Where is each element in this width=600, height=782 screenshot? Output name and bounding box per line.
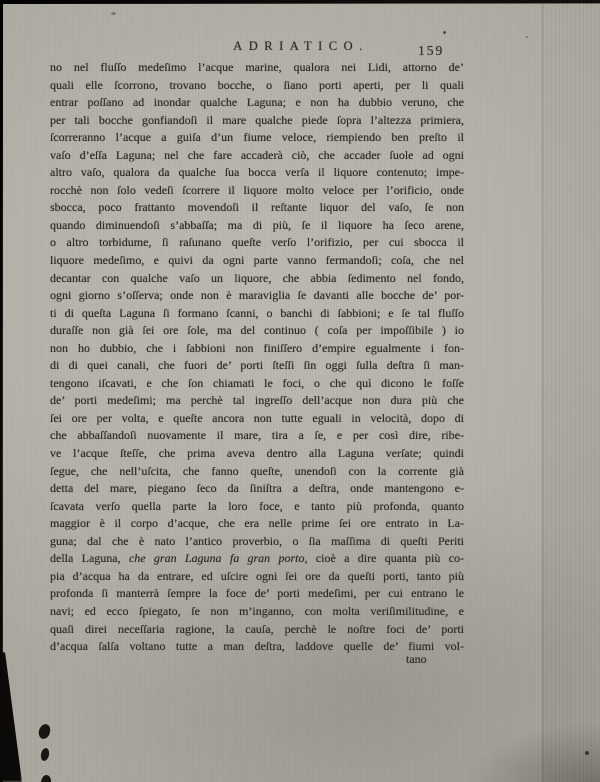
running-head: ADRIATICO. 159	[2, 39, 600, 59]
text-line: detta del mare, piegano ſeco da ſiniſtra…	[50, 480, 464, 498]
text-line: ve l’acque ſteſſe, che prima aveva dentr…	[50, 445, 464, 463]
scan-shadow-bottom-right	[460, 722, 600, 782]
text-line: profonda ſi manterrà ſempre la foce de’ …	[50, 585, 464, 603]
text-line: guna; dal che è nato l’antico proverbio,…	[50, 533, 464, 551]
text-line: altro vaſo, qualora da qualche ſua bocca…	[50, 164, 464, 182]
text-line: ſei ore per volta, e queſte ancora non t…	[50, 410, 464, 428]
text-line: di di quei canali, che fuori de’ porti ſ…	[50, 357, 464, 375]
italic-proverb: che gran Laguna fa gran porto	[129, 551, 305, 565]
text-line: maggior è il corpo d’acque, che era nell…	[50, 515, 464, 533]
text-line: ſcorreranno l’acque a guiſa d’un fiume v…	[50, 129, 464, 147]
page-number: 159	[418, 43, 444, 59]
text-line: sbocca, poco frattanto movendoſi il reſt…	[50, 199, 464, 217]
ink-blot	[37, 723, 52, 741]
text-line: d’acqua ſalſa voltano tutte a man deſtra…	[50, 638, 464, 656]
page-fore-edge	[542, 3, 600, 782]
paper-speck	[526, 36, 528, 38]
text-line: ogni giorno s’oſſerva; onde non è maravi…	[50, 287, 464, 305]
text-line: quaſi direi neceſſaria ragione, la cauſa…	[50, 621, 464, 639]
text-line: pia d’acqua ha da entrare, ed uſcire ogn…	[50, 568, 464, 586]
paper-speck	[443, 31, 446, 34]
text-line: quali elle ſcorrono, trovano bocche, o ſ…	[50, 77, 464, 95]
text-line: ſegue, che nell’uſcita, che fanno queſte…	[50, 463, 464, 481]
text-line: duraſſe non già ſei ore ſole, ma del con…	[50, 322, 464, 340]
text-line: della Laguna, che gran Laguna fa gran po…	[50, 550, 464, 568]
catchword: tano	[406, 652, 427, 667]
text-line: entrar poſſano ad inondar qualche Laguna…	[50, 94, 464, 112]
paper: ADRIATICO. 159 no nel fluſſo medeſimo l’…	[2, 3, 600, 782]
paper-speck	[111, 12, 116, 15]
body-text: no nel fluſſo medeſimo l’acque marine, q…	[50, 59, 464, 656]
text-line: non ho dubbio, che i ſabbioni non finiſſ…	[50, 340, 464, 358]
text-line: quando diminuendoſi s’abbaſſa; ma di più…	[50, 217, 464, 235]
text-line: decantar con qualche vaſo un liquore, ch…	[50, 270, 464, 288]
ink-blot	[40, 747, 51, 761]
text-line: de’ porti medeſimi; ma perchè tal ingreſ…	[50, 392, 464, 410]
text-line: per tali bocche gonfiandoſi il mare qual…	[50, 112, 464, 130]
ink-blot	[40, 774, 52, 782]
text-line: ti di queſta Laguna ſi formano ſcanni, o…	[50, 305, 464, 323]
text-line: rocchè non ſolo vedeſi ſcorrere il liquo…	[50, 182, 464, 200]
text-line: navi; ed ecco ſpiegato, ſe non m’inganno…	[50, 603, 464, 621]
text-line: vaſo d’eſſa Laguna; nel che fare accader…	[50, 147, 464, 165]
text-line: ſcavata verſo quella parte la loro foce,…	[50, 498, 464, 516]
running-header-title: ADRIATICO.	[2, 39, 600, 54]
scanned-book-page: ADRIATICO. 159 no nel fluſſo medeſimo l’…	[0, 0, 600, 782]
scan-edge-top	[0, 0, 600, 4]
text-line: liquore medeſimo, e quivi da ogni parte …	[50, 252, 464, 270]
text-line: o altro torbidume, ſi raſunano queſte ve…	[50, 234, 464, 252]
text-line: tengono iſcavati, e che ſon chiamati le …	[50, 375, 464, 393]
text-line: che abbaſſandoſi nuovamente il mare, tir…	[50, 427, 464, 445]
text-line: no nel fluſſo medeſimo l’acque marine, q…	[50, 59, 464, 77]
